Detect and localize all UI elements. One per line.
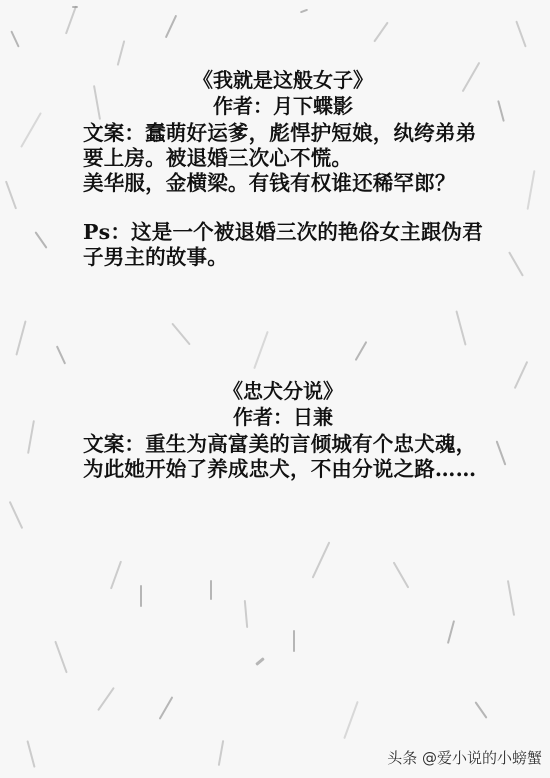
watermark: 头条 @爱小说的小螃蟹 xyxy=(387,747,542,768)
ps-line: Ps：这是一个被退婚三次的艳俗女主跟伪君 xyxy=(83,220,483,245)
book-title: 《忠犬分说》 xyxy=(83,378,483,404)
blurb-line: 文案：蠢萌好运爹，彪悍护短娘，纨绔弟弟 xyxy=(83,121,483,146)
book-entry-2: 《忠犬分说》 作者：日兼 文案：重生为高富美的言倾城有个忠犬魂， 为此她开始了养… xyxy=(83,378,483,482)
book-title: 《我就是这般女子》 xyxy=(83,67,483,93)
blurb-line: 为此她开始了养成忠犬，不由分说之路…… xyxy=(83,457,483,482)
book-entry-1: 《我就是这般女子》 作者：月下蝶影 文案：蠢萌好运爹，彪悍护短娘，纨绔弟弟 要上… xyxy=(83,67,483,270)
paragraph-gap xyxy=(83,196,483,220)
blurb-line: 要上房。被退婚三次心不慌。 xyxy=(83,146,483,171)
book-author: 作者：日兼 xyxy=(83,404,483,430)
blurb-line: 文案：重生为高富美的言倾城有个忠犬魂， xyxy=(83,432,483,457)
ps-line: 子男主的故事。 xyxy=(83,245,483,270)
book-author: 作者：月下蝶影 xyxy=(83,93,483,119)
blurb-line: 美华服，金横梁。有钱有权谁还稀罕郎？ xyxy=(83,171,483,196)
